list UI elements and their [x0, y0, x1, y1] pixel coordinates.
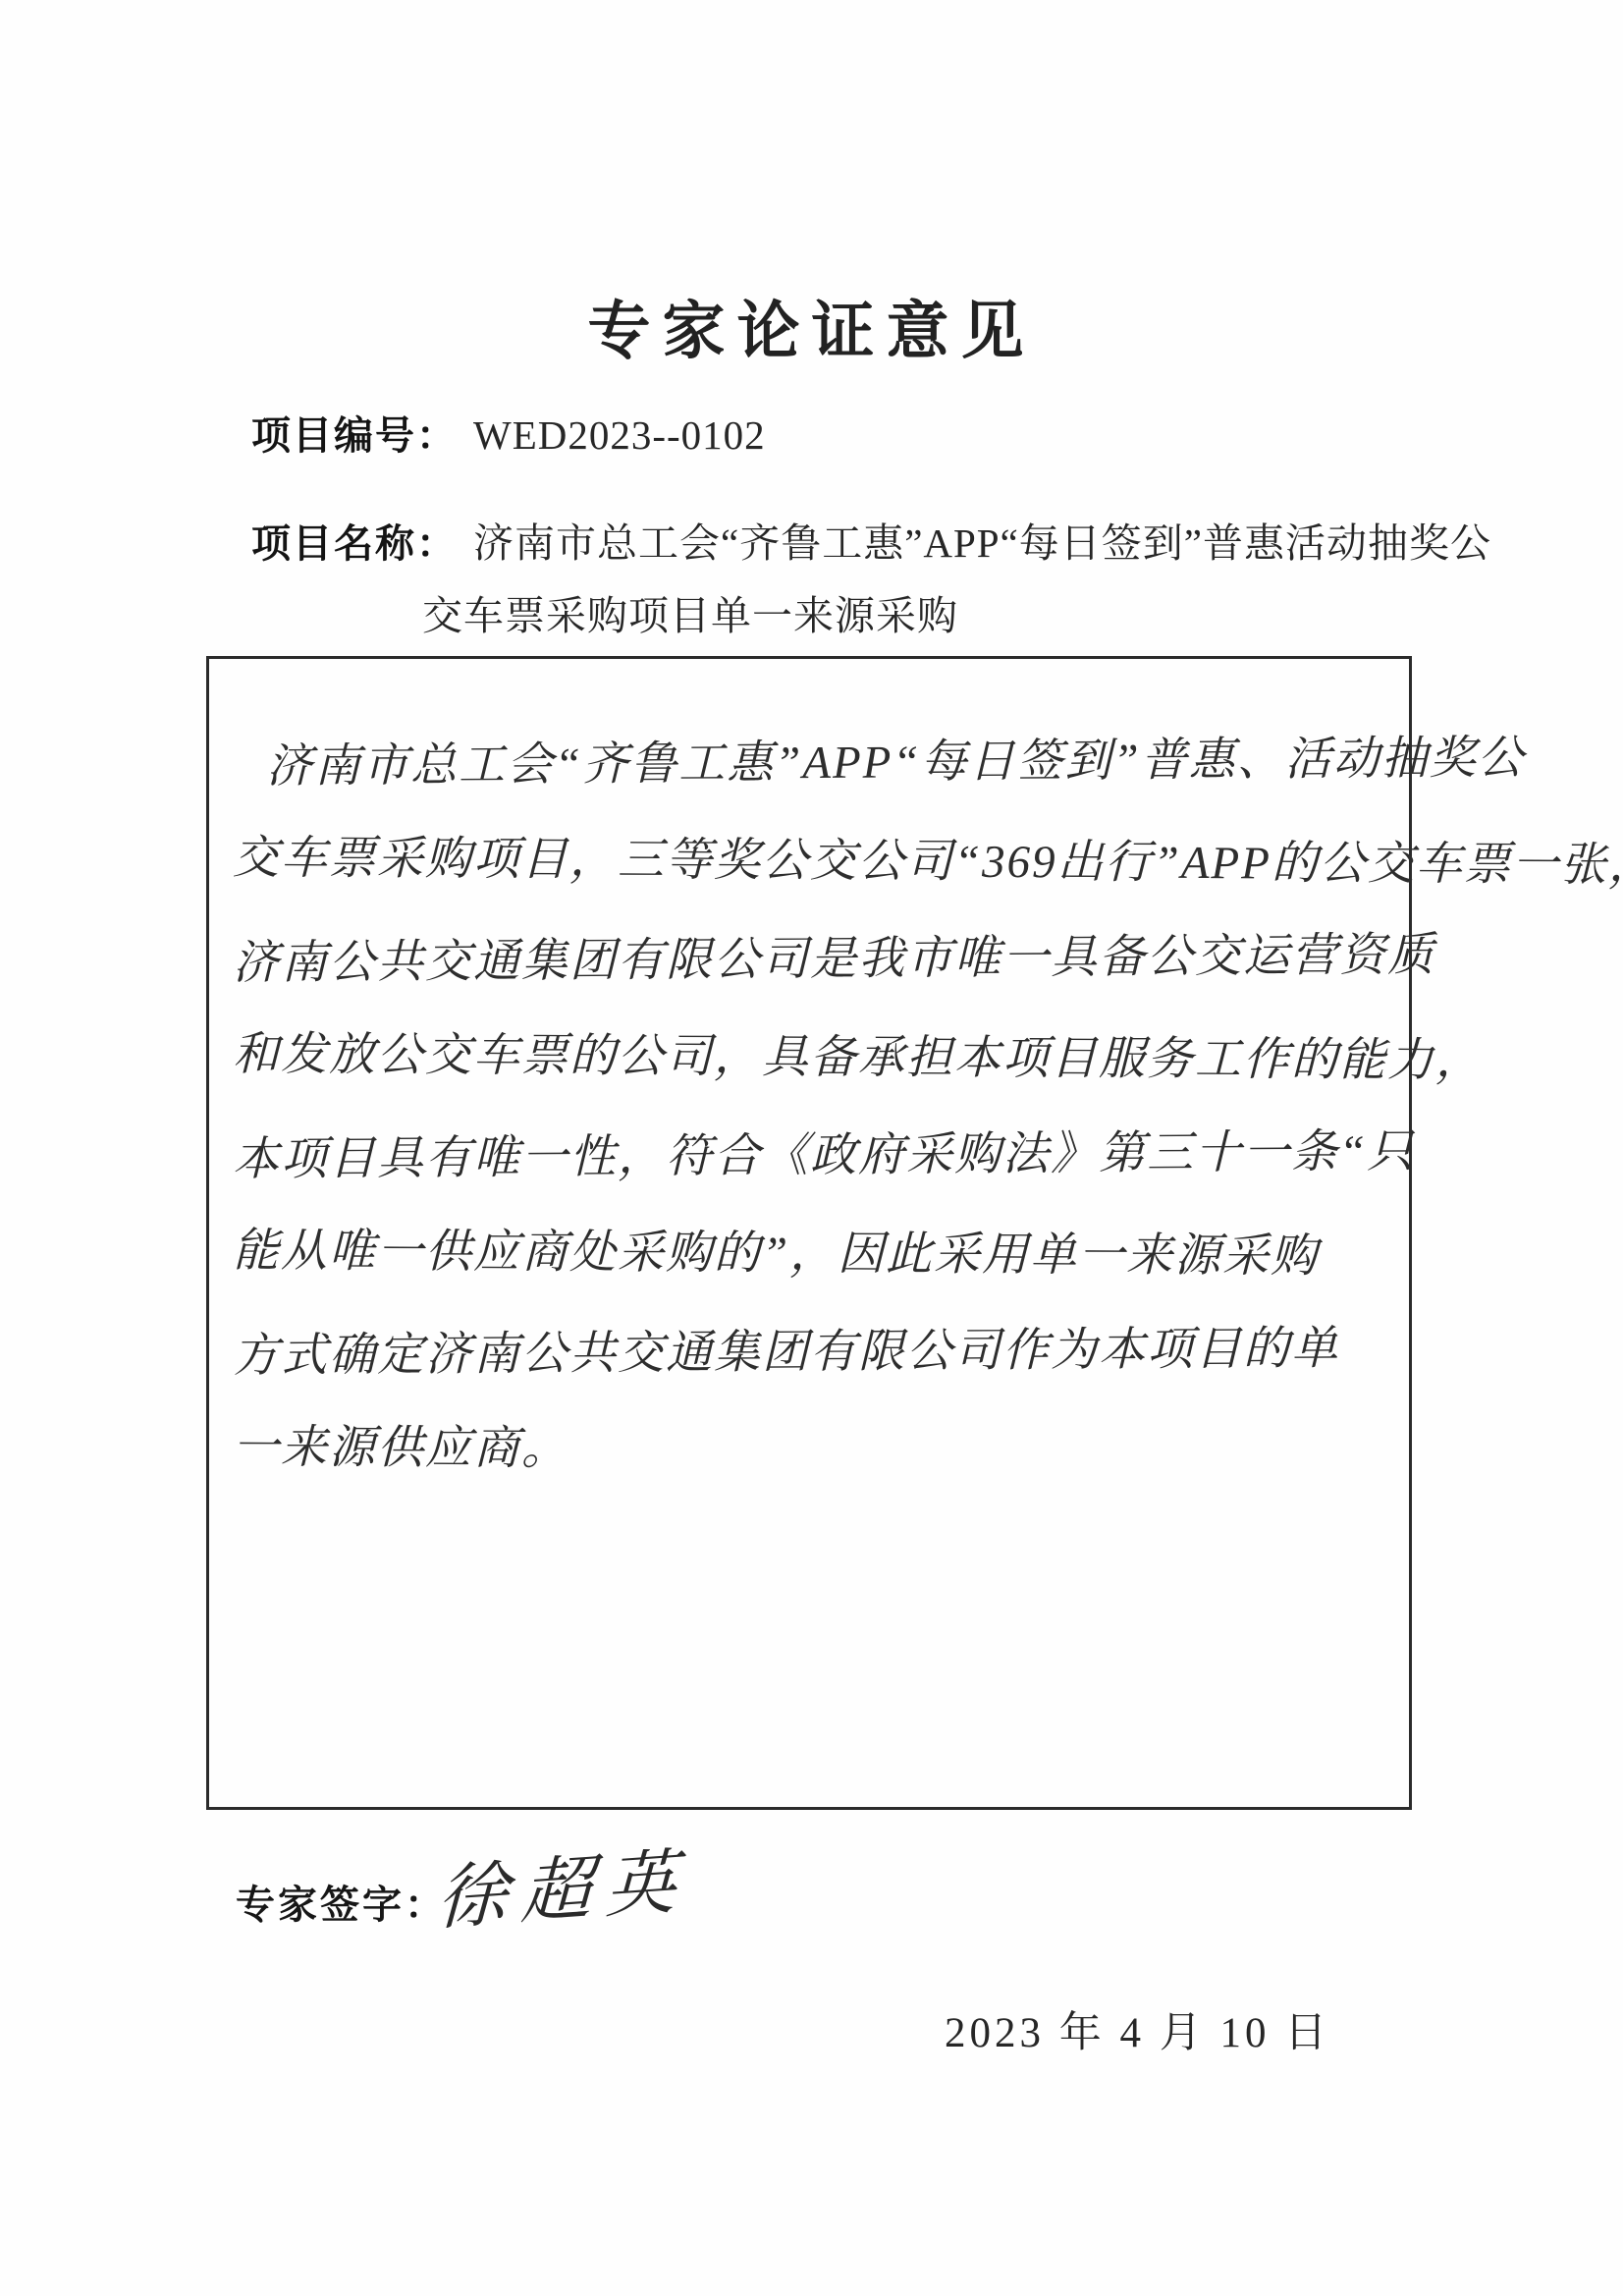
expert-signature-handwritten: 徐超英 — [435, 1824, 691, 1944]
handwritten-opinion-line-7: 方式确定济南公共交通集团有限公司作为本项目的单 — [233, 1299, 1410, 1405]
handwritten-opinion-line-3: 济南公共交通集团有限公司是我市唯一具备公交运营资质 — [233, 906, 1410, 1012]
handwritten-opinion-line-1: 济南市总工会“齐鲁工惠”APP“每日签到”普惠、活动抽奖公 — [233, 710, 1410, 816]
handwritten-opinion-line-6: 能从唯一供应商处采购的”，因此采用单一来源采购 — [233, 1202, 1410, 1306]
document-date: 2023 年 4 月 10 日 — [945, 1999, 1330, 2059]
document-page: 专家论证意见 项目编号：WED2023--0102 项目名称：济南市总工会“齐鲁… — [0, 0, 1623, 2296]
project-name-line2: 交车票采购项目单一来源采购 — [422, 593, 958, 638]
handwritten-opinion-line-4: 和发放公交车票的公司，具备承担本项目服务工作的能力， — [233, 1006, 1410, 1110]
handwritten-opinion-line-5: 本项目具有唯一性，符合《政府采购法》第三十一条“只 — [233, 1103, 1410, 1209]
project-name-line1: 济南市总工会“齐鲁工惠”APP“每日签到”普惠活动抽奖公 — [473, 520, 1491, 566]
document-title: 专家论证意见 — [0, 281, 1623, 371]
project-number-value: WED2023--0102 — [473, 412, 766, 458]
expert-signature-label: 专家签字： — [236, 1874, 447, 1930]
project-name-label: 项目名称： — [251, 522, 458, 566]
project-number-label: 项目编号： — [251, 414, 458, 458]
handwritten-opinion-line-8: 一来源供应商。 — [233, 1398, 1410, 1503]
project-name-row-continued: 交车票采购项目单一来源采购 — [422, 583, 958, 641]
project-name-row: 项目名称：济南市总工会“齐鲁工惠”APP“每日签到”普惠活动抽奖公 — [251, 511, 1491, 569]
project-number-row: 项目编号：WED2023--0102 — [251, 405, 766, 461]
opinion-box: 济南市总工会“齐鲁工惠”APP“每日签到”普惠、活动抽奖公 交车票采购项目，三等… — [206, 656, 1412, 1810]
handwritten-opinion-line-2: 交车票采购项目，三等奖公交公司“369出行”APP的公交车票一张， — [233, 809, 1410, 913]
